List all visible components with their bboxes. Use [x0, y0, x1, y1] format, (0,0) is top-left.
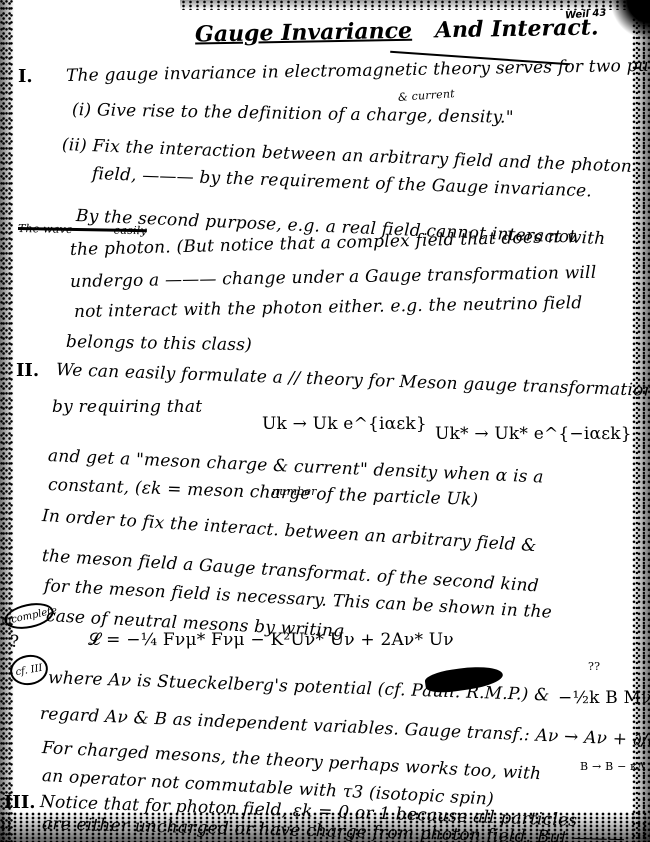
section-numeral-1: I.: [18, 66, 33, 87]
section-1-line-9: belongs to this class): [66, 332, 252, 355]
section-1-line-8: not interact with the photon either. e.g…: [74, 293, 583, 322]
section-2-line-2: by requiring that: [52, 397, 202, 417]
section-numeral-2: II.: [16, 360, 39, 381]
lagrangian-tail: −½k B Mνν: [558, 688, 650, 708]
section-1-line-1: The gauge invariance in electromagnetic …: [66, 55, 650, 86]
scan-edge-left: [0, 0, 14, 842]
struck-margin-text: The wave ——— easily: [18, 222, 147, 237]
corner-smudge: [610, 0, 650, 40]
question-marks: ??: [588, 660, 600, 673]
section-numeral-3: III.: [4, 792, 36, 813]
section-2-line-5: In order to fix the interact. between an…: [41, 506, 537, 556]
scanned-manuscript-page: Gauge Invariance And Interact. Weil 43 I…: [0, 0, 650, 842]
equation-meson-transform-conjugate: Uk* → Uk* e^{−iαεk}: [435, 424, 632, 444]
corner-annotation: Weil 43: [565, 8, 607, 22]
gauge-note-B: B → B − κΛ: [580, 760, 645, 773]
section-2-line-1: We can easily formulate a // theory for …: [56, 360, 650, 401]
section-1-line-7: undergo a ——— change under a Gauge trans…: [70, 263, 597, 292]
insertion-number: number: [272, 485, 317, 498]
page-title: Gauge Invariance And Interact.: [195, 14, 599, 47]
scan-edge-right: [632, 0, 650, 842]
insertion-current: & current: [398, 87, 456, 104]
title-part-1: Gauge Invariance: [195, 18, 412, 48]
margin-note-question: ?: [10, 632, 19, 652]
section-1-line-2: (i) Give rise to the definition of a cha…: [72, 100, 514, 128]
lagrangian-equation: 𝓛 = −¼ Fνμ* Fνμ − K²Uν* Uν + 2Aν* Uν: [88, 630, 454, 650]
margin-note-circled-bottom: cf. III: [8, 652, 51, 688]
equation-meson-transform: Uk → Uk e^{iαεk}: [262, 414, 427, 434]
